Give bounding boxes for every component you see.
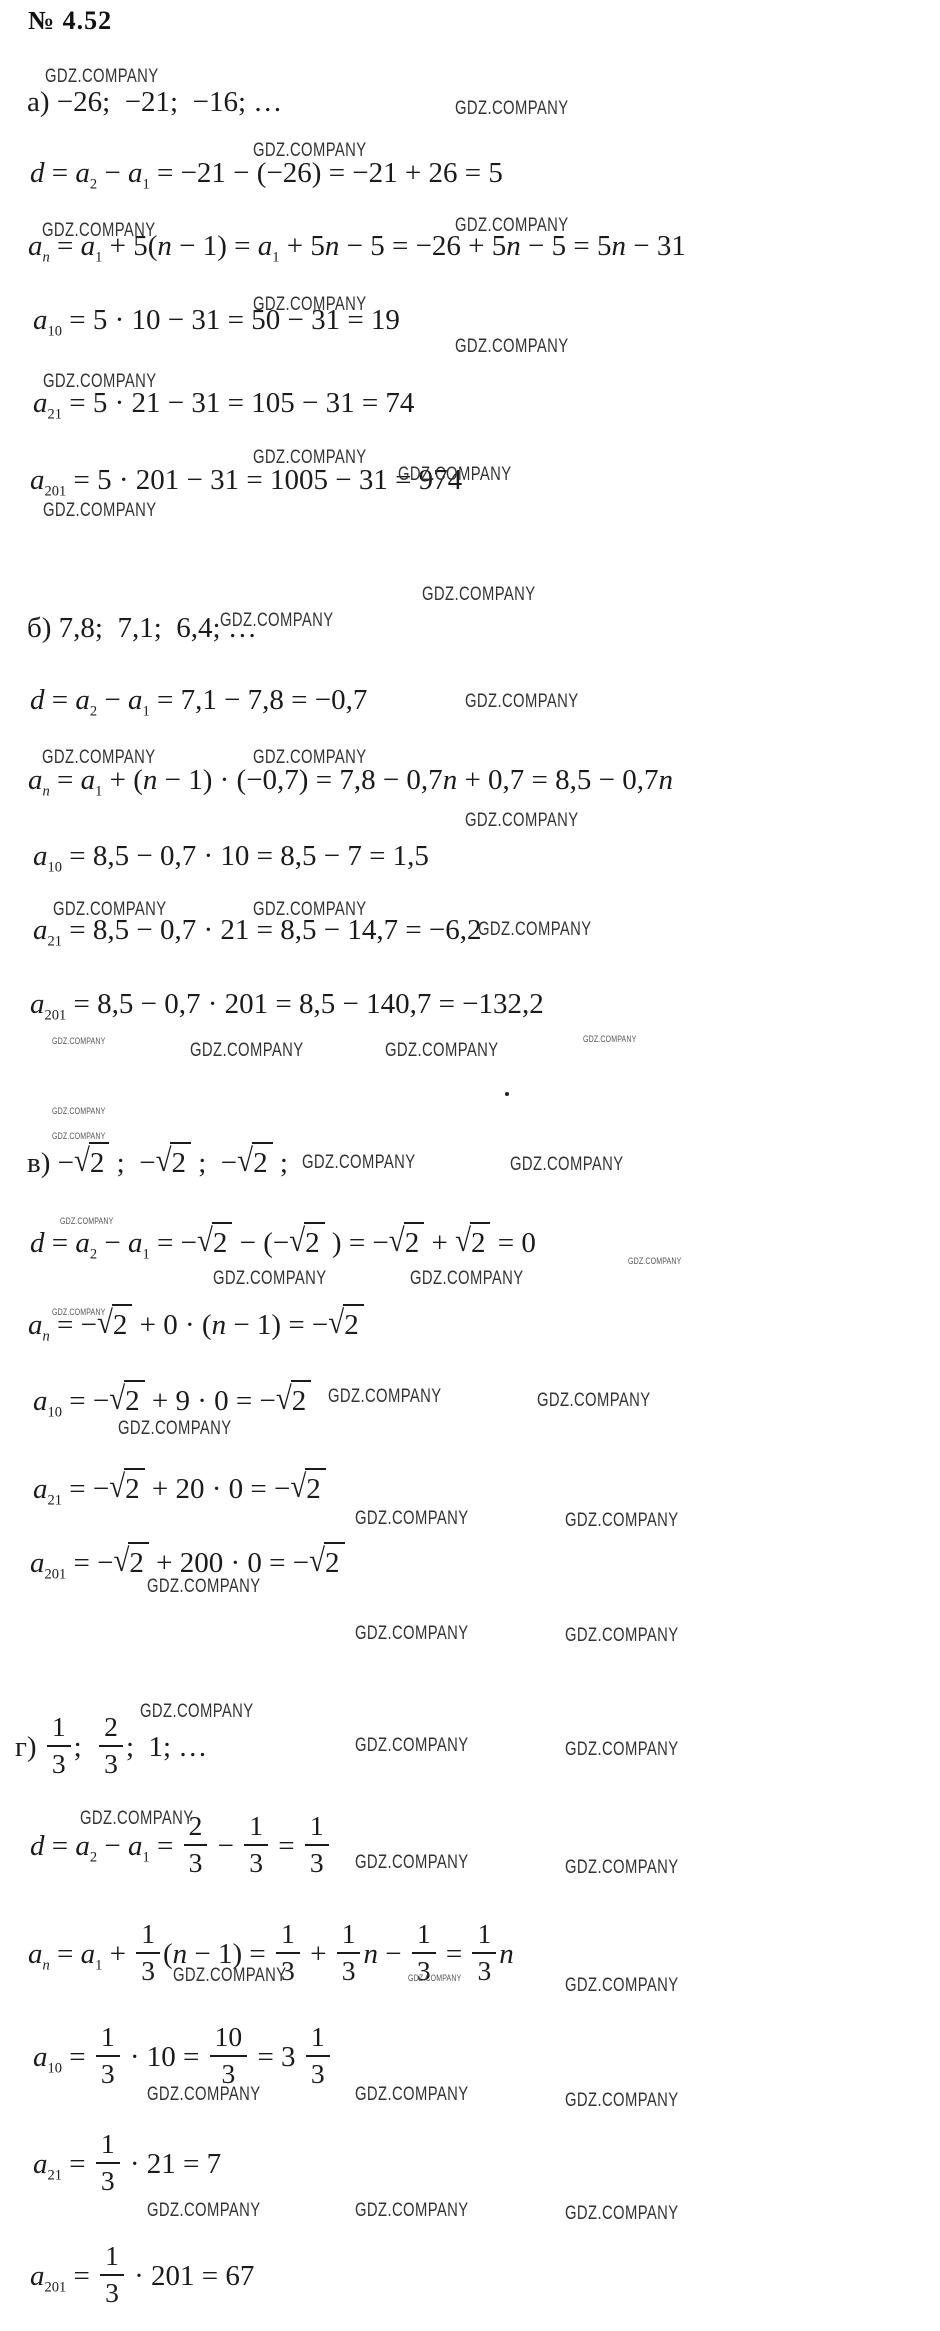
stray-dot xyxy=(505,1092,509,1096)
watermark: GDZ.COMPANY xyxy=(565,1625,679,1647)
math-line-в-2: d = a2 − a1 = −√2 − (−√2 ) = −√2 + √2 = … xyxy=(30,1222,536,1261)
subscript: 1 xyxy=(142,1849,149,1865)
watermark: GDZ.COMPANY xyxy=(302,1152,416,1174)
watermark: GDZ.COMPANY xyxy=(253,140,367,162)
math-line-г-4: a10 = 13 · 10 = 103 = 3 13 xyxy=(33,2023,333,2089)
watermark: GDZ.COMPANY xyxy=(422,584,536,606)
math-line-в-1: в) −√2 ; −√2 ; −√2 ; xyxy=(27,1142,288,1181)
watermark: GDZ.COMPANY xyxy=(52,1106,105,1116)
subscript: 2 xyxy=(90,1247,97,1263)
watermark: GDZ.COMPANY xyxy=(565,1857,679,1879)
fraction: 13 xyxy=(96,2130,120,2196)
subscript: n xyxy=(43,250,50,266)
fraction: 13 xyxy=(100,2242,124,2308)
watermark: GDZ.COMPANY xyxy=(53,899,167,921)
watermark: GDZ.COMPANY xyxy=(253,447,367,469)
radical: √2 xyxy=(309,1542,344,1581)
subscript: 1 xyxy=(142,177,149,193)
watermark: GDZ.COMPANY xyxy=(628,1256,681,1266)
fraction: 13 xyxy=(472,1920,496,1986)
watermark: GDZ.COMPANY xyxy=(565,2203,679,2225)
watermark: GDZ.COMPANY xyxy=(253,747,367,769)
math-line-г-5: a21 = 13 · 21 = 7 xyxy=(33,2130,221,2196)
watermark: GDZ.COMPANY xyxy=(537,1390,651,1412)
math-line-б-6: a201 = 8,5 − 0,7 · 201 = 8,5 − 140,7 = −… xyxy=(30,986,544,1022)
watermark: GDZ.COMPANY xyxy=(385,1040,499,1062)
subscript: 10 xyxy=(48,860,63,876)
subscript: 21 xyxy=(48,934,63,950)
watermark: GDZ.COMPANY xyxy=(455,98,569,120)
watermark: GDZ.COMPANY xyxy=(43,500,157,522)
watermark: GDZ.COMPANY xyxy=(42,220,156,242)
watermark: GDZ.COMPANY xyxy=(147,2200,261,2222)
math-line-г-6: a201 = 13 · 201 = 67 xyxy=(30,2242,254,2308)
watermark: GDZ.COMPANY xyxy=(190,1040,304,1062)
fraction: 13 xyxy=(306,2023,330,2089)
watermark: GDZ.COMPANY xyxy=(42,747,156,769)
subscript: 201 xyxy=(45,484,67,500)
subscript: 2 xyxy=(90,1849,97,1865)
watermark: GDZ.COMPANY xyxy=(60,1216,113,1226)
radical: √2 xyxy=(197,1222,232,1261)
watermark: GDZ.COMPANY xyxy=(455,215,569,237)
subscript: 2 xyxy=(90,177,97,193)
watermark: GDZ.COMPANY xyxy=(52,1307,105,1317)
watermark: GDZ.COMPANY xyxy=(565,2090,679,2112)
watermark: GDZ.COMPANY xyxy=(43,371,157,393)
radical: √2 xyxy=(109,1380,144,1419)
watermark: GDZ.COMPANY xyxy=(253,294,367,316)
watermark: GDZ.COMPANY xyxy=(80,1808,194,1830)
watermark: GDZ.COMPANY xyxy=(510,1154,624,1176)
subscript: 1 xyxy=(95,1957,102,1973)
subscript: 1 xyxy=(272,250,279,266)
radical: √2 xyxy=(113,1542,148,1581)
watermark: GDZ.COMPANY xyxy=(52,1036,105,1046)
watermark: GDZ.COMPANY xyxy=(565,1975,679,1997)
subscript: 10 xyxy=(48,2060,63,2076)
radical: √2 xyxy=(237,1142,272,1181)
radical: √2 xyxy=(389,1222,424,1261)
watermark: GDZ.COMPANY xyxy=(355,1735,469,1757)
watermark: GDZ.COMPANY xyxy=(565,1739,679,1761)
fraction: 13 xyxy=(47,1713,71,1779)
watermark: GDZ.COMPANY xyxy=(52,1131,105,1141)
subscript: 1 xyxy=(142,704,149,720)
fraction: 13 xyxy=(244,1812,268,1878)
subscript: 21 xyxy=(48,2167,63,2183)
subscript: 10 xyxy=(48,1405,63,1421)
subscript: 201 xyxy=(45,1008,67,1024)
subscript: 21 xyxy=(48,407,63,423)
watermark: GDZ.COMPANY xyxy=(147,1576,261,1598)
watermark: GDZ.COMPANY xyxy=(118,1418,232,1440)
math-line-б-4: a10 = 8,5 − 0,7 · 10 = 8,5 − 7 = 1,5 xyxy=(33,838,429,874)
watermark: GDZ.COMPANY xyxy=(328,1386,442,1408)
watermark: GDZ.COMPANY xyxy=(465,691,579,713)
watermark: GDZ.COMPANY xyxy=(220,610,334,632)
page: № 4.52 а) −26; −21; −16; …d = a2 − a1 = … xyxy=(0,0,940,2331)
subscript: n xyxy=(43,784,50,800)
subscript: 201 xyxy=(45,1567,67,1583)
fraction: 23 xyxy=(99,1713,123,1779)
watermark: GDZ.COMPANY xyxy=(465,810,579,832)
watermark: GDZ.COMPANY xyxy=(410,1268,524,1290)
fraction: 103 xyxy=(210,2023,248,2089)
subscript: 1 xyxy=(142,1247,149,1263)
subscript: 21 xyxy=(48,1493,63,1509)
watermark: GDZ.COMPANY xyxy=(147,2084,261,2106)
math-line-в-4: a10 = −√2 + 9 · 0 = −√2 xyxy=(33,1380,311,1419)
watermark: GDZ.COMPANY xyxy=(565,1510,679,1532)
watermark: GDZ.COMPANY xyxy=(398,464,512,486)
math-line-в-5: a21 = −√2 + 20 · 0 = −√2 xyxy=(33,1468,326,1507)
math-line-а-1: а) −26; −21; −16; … xyxy=(27,84,282,120)
watermark: GDZ.COMPANY xyxy=(173,1965,287,1987)
radical: √2 xyxy=(328,1304,363,1343)
problem-number: № 4.52 xyxy=(28,6,112,36)
watermark: GDZ.COMPANY xyxy=(355,1852,469,1874)
watermark: GDZ.COMPANY xyxy=(213,1268,327,1290)
radical: √2 xyxy=(276,1380,311,1419)
subscript: n xyxy=(43,1329,50,1345)
watermark: GDZ.COMPANY xyxy=(253,899,367,921)
watermark: GDZ.COMPANY xyxy=(355,2084,469,2106)
subscript: 1 xyxy=(95,784,102,800)
watermark: GDZ.COMPANY xyxy=(478,919,592,941)
radical: √2 xyxy=(74,1142,109,1181)
watermark: GDZ.COMPANY xyxy=(140,1701,254,1723)
subscript: 2 xyxy=(90,704,97,720)
radical: √2 xyxy=(455,1222,490,1261)
fraction: 13 xyxy=(337,1920,361,1986)
fraction: 13 xyxy=(136,1920,160,1986)
watermark: GDZ.COMPANY xyxy=(583,1034,636,1044)
watermark: GDZ.COMPANY xyxy=(45,66,159,88)
watermark: GDZ.COMPANY xyxy=(408,1973,461,1983)
watermark: GDZ.COMPANY xyxy=(355,1623,469,1645)
watermark: GDZ.COMPANY xyxy=(355,1508,469,1530)
math-line-б-2: d = a2 − a1 = 7,1 − 7,8 = −0,7 xyxy=(30,682,367,718)
subscript: 1 xyxy=(95,250,102,266)
radical: √2 xyxy=(156,1142,191,1181)
subscript: 10 xyxy=(48,324,63,340)
watermark: GDZ.COMPANY xyxy=(355,2200,469,2222)
subscript: n xyxy=(43,1957,50,1973)
fraction: 13 xyxy=(305,1812,329,1878)
fraction: 13 xyxy=(96,2023,120,2089)
subscript: 201 xyxy=(45,2279,67,2295)
watermark: GDZ.COMPANY xyxy=(455,336,569,358)
radical: √2 xyxy=(290,1468,325,1507)
radical: √2 xyxy=(109,1468,144,1507)
radical: √2 xyxy=(289,1222,324,1261)
